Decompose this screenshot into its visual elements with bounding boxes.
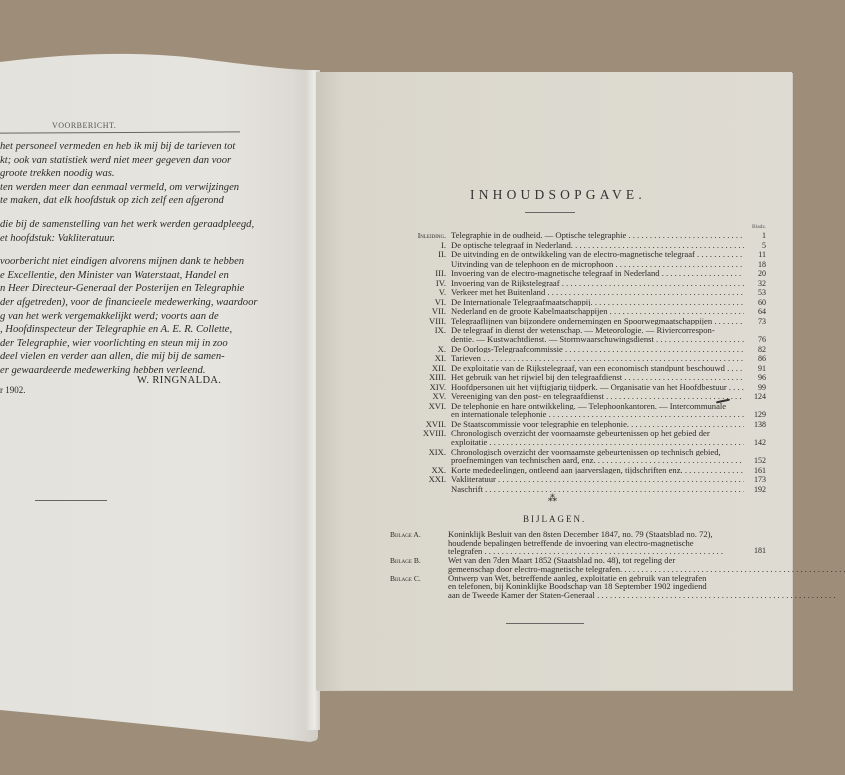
end-rule bbox=[506, 623, 584, 624]
chapter-number: II. bbox=[386, 250, 451, 259]
page-number: 1 bbox=[744, 232, 766, 241]
chapter-title: De telegraaf in dienst der wetenschap. —… bbox=[451, 326, 744, 335]
chapter-number: XVIII. bbox=[386, 429, 451, 438]
chapter-title: Telegraaflijnen van bijzondere ondernemi… bbox=[451, 317, 744, 326]
page-number: 96 bbox=[744, 374, 766, 383]
chapter-title: en internationale telephonie bbox=[451, 410, 744, 419]
chapter-number: XXI. bbox=[386, 475, 451, 484]
page-number: 142 bbox=[744, 439, 766, 448]
preface-paragraph: ten werden meer dan eenmaal vermeld, om … bbox=[0, 181, 250, 208]
chapter-title: Chronologisch overzicht der voornaamste … bbox=[451, 448, 744, 457]
chapter-number: III. bbox=[386, 269, 451, 278]
chapter-title: De Staatscommissie voor telegraphie en t… bbox=[451, 420, 744, 429]
chapter-number: XII. bbox=[386, 364, 451, 373]
page-number: 138 bbox=[744, 421, 766, 430]
appendix-entry: Bijlage C.Ontwerp van Wet, betreffende a… bbox=[386, 574, 766, 600]
toc-entry: XXI.Vakliteratuur173 bbox=[386, 475, 766, 485]
appendix-label: Bijlage C. bbox=[386, 575, 448, 584]
chapter-number: VII. bbox=[386, 307, 451, 316]
running-head: VOORBERICHT. bbox=[52, 121, 116, 130]
chapter-title: De Oorlogs-Telegraafcommissie bbox=[451, 345, 744, 354]
appendix-text: telegrafen bbox=[448, 547, 744, 556]
page-number: 86 bbox=[744, 355, 766, 364]
toc-entry: II.De uitvinding en de ontwikkeling van … bbox=[386, 250, 766, 260]
chapter-number: XIX. bbox=[386, 448, 451, 457]
end-rule bbox=[35, 500, 107, 501]
chapter-title: Invoering van de electro-magnetische tel… bbox=[451, 269, 744, 278]
chapter-title: Nederland en de groote Kabelmaatschappij… bbox=[451, 307, 744, 316]
page-number: 32 bbox=[744, 280, 766, 289]
page-number: 18 bbox=[744, 261, 766, 270]
signature: W. RINGNALDA. bbox=[137, 375, 221, 386]
preface-paragraph: die bij de samenstelling van het werk we… bbox=[0, 218, 250, 245]
page-number: 73 bbox=[744, 318, 766, 327]
chapter-title: Het gebruik van het rijwiel bij den tele… bbox=[451, 373, 744, 382]
appendix-label: Bijlage A. bbox=[386, 531, 448, 540]
appendix-title: BIJLAGEN. bbox=[523, 514, 586, 524]
chapter-title: Verkeer met het Buitenland bbox=[451, 288, 744, 297]
page-number: 152 bbox=[744, 457, 766, 466]
appendix-entry: Bijlage A.Koninklijk Besluit van den 8st… bbox=[386, 530, 766, 556]
page-number: 76 bbox=[744, 336, 766, 345]
preface-paragraph: het personeel vermeden en heb ik mij bij… bbox=[0, 140, 250, 181]
chapter-number: XX. bbox=[386, 466, 451, 475]
page-number bbox=[744, 530, 766, 539]
appendix-text: Wet van den 7den Maart 1852 (Staatsblad … bbox=[448, 556, 845, 565]
chapter-number: X. bbox=[386, 345, 451, 354]
chapter-title: Invoering van de Rijkstelegraaf bbox=[451, 279, 744, 288]
appendix-list: Bijlage A.Koninklijk Besluit van den 8st… bbox=[386, 530, 766, 600]
appendix-text: houdende bepalingen betreffende de invoe… bbox=[448, 539, 744, 548]
title-rule bbox=[525, 212, 575, 213]
page-number: 82 bbox=[744, 346, 766, 355]
chapter-title: Hoofdpersonen uit het vijftigjarig tijdp… bbox=[451, 383, 744, 392]
page-number: 60 bbox=[744, 299, 766, 308]
page-number: 99 bbox=[744, 384, 766, 393]
appendix-entry: Bijlage B.Wet van den 7den Maart 1852 (S… bbox=[386, 556, 766, 573]
appendix-label: Bijlage B. bbox=[386, 557, 448, 566]
appendix-text: Koninklijk Besluit van den 8sten Decembe… bbox=[448, 530, 744, 539]
date-line: r 1902. bbox=[0, 385, 26, 395]
toc-entry: XVIII.Chronologisch overzicht der voorna… bbox=[386, 429, 766, 438]
chapter-title: proefnemingen van technischen aard, enz. bbox=[451, 456, 744, 465]
page-number: 53 bbox=[744, 289, 766, 298]
chapter-title: Telegraphie in de oudheid. — Optische te… bbox=[451, 231, 744, 240]
chapter-title: De telephonie en hare ontwikkeling. — Te… bbox=[451, 402, 744, 411]
chapter-number: I. bbox=[386, 241, 451, 250]
page-number: 64 bbox=[744, 308, 766, 317]
preface-paragraph: voorbericht niet eindigen alvorens mijne… bbox=[0, 255, 250, 377]
page-number: 192 bbox=[744, 486, 766, 495]
appendix-text: gemeenschap door electro-magnetische tel… bbox=[448, 565, 845, 574]
page-number: 129 bbox=[744, 411, 766, 420]
chapter-title: exploitatie bbox=[451, 438, 744, 447]
chapter-title: Naschrift bbox=[451, 485, 744, 494]
appendix-text: en telefonen, bij Koninklijke Boodschap … bbox=[448, 582, 836, 591]
chapter-title: De optische telegraaf in Nederland. bbox=[451, 241, 744, 250]
appendix-text: aan de Tweede Kamer der Staten-Generaal bbox=[448, 591, 836, 600]
chapter-number: XIV. bbox=[386, 383, 451, 392]
page-number: 161 bbox=[744, 467, 766, 476]
chapter-number: IV. bbox=[386, 279, 451, 288]
page-column-header: Bladz. bbox=[752, 224, 766, 230]
chapter-number: XI. bbox=[386, 354, 451, 363]
page-number: 186 bbox=[836, 591, 845, 600]
chapter-number: V. bbox=[386, 288, 451, 297]
toc-entry: IX.De telegraaf in dienst der wetenschap… bbox=[386, 326, 766, 335]
page-title: INHOUDSOPGAVE. bbox=[470, 187, 646, 203]
chapter-title: Vakliteratuur bbox=[451, 475, 744, 484]
chapter-title: Vereeniging van den post- en telegraafdi… bbox=[451, 392, 744, 401]
chapter-title: De Internationale Telegraafmaatschappij. bbox=[451, 298, 744, 307]
page-number: 5 bbox=[744, 242, 766, 251]
preface-text: het personeel vermeden en heb ik mij bij… bbox=[0, 140, 250, 388]
chapter-title: dentie. — Kustwachtdienst. — Stormwaarsc… bbox=[451, 335, 744, 344]
page-number: 181 bbox=[744, 547, 766, 556]
appendix-text: Ontwerp van Wet, betreffende aanleg, exp… bbox=[448, 574, 836, 583]
chapter-title: Tarieven bbox=[451, 354, 744, 363]
page-number: 173 bbox=[744, 476, 766, 485]
chapter-title: Chronologisch overzicht der voornaamste … bbox=[451, 429, 744, 438]
page-number: 91 bbox=[744, 365, 766, 374]
asterism-ornament: ⁂ bbox=[548, 496, 557, 501]
chapter-number: XV. bbox=[386, 392, 451, 401]
page-number bbox=[836, 574, 845, 583]
chapter-title: De exploitatie van de Rijkstelegraaf, va… bbox=[451, 364, 744, 373]
chapter-number: VIII. bbox=[386, 317, 451, 326]
chapter-title: De uitvinding en de ontwikkeling van de … bbox=[451, 250, 744, 259]
chapter-number: XIII. bbox=[386, 373, 451, 382]
page-number: 20 bbox=[744, 270, 766, 279]
chapter-number: XVII. bbox=[386, 420, 451, 429]
page-number: 124 bbox=[744, 393, 766, 402]
chapter-title: Korte mededeelingen, ontleend aan jaarve… bbox=[451, 466, 744, 475]
page-number bbox=[836, 582, 845, 591]
chapter-number: XVI. bbox=[386, 402, 451, 411]
chapter-number: IX. bbox=[386, 326, 451, 335]
toc-entry: Naschrift192 bbox=[386, 485, 766, 495]
chapter-title: Uitvinding van de telephoon en de microp… bbox=[451, 260, 744, 269]
page-number: 11 bbox=[744, 251, 766, 260]
table-of-contents: Inleiding.Telegraphie in de oudheid. — O… bbox=[386, 231, 766, 494]
toc-entry: XIX.Chronologisch overzicht der voornaam… bbox=[386, 448, 766, 457]
toc-entry: XVI.De telephonie en hare ontwikkeling. … bbox=[386, 402, 766, 411]
chapter-number: VI. bbox=[386, 298, 451, 307]
